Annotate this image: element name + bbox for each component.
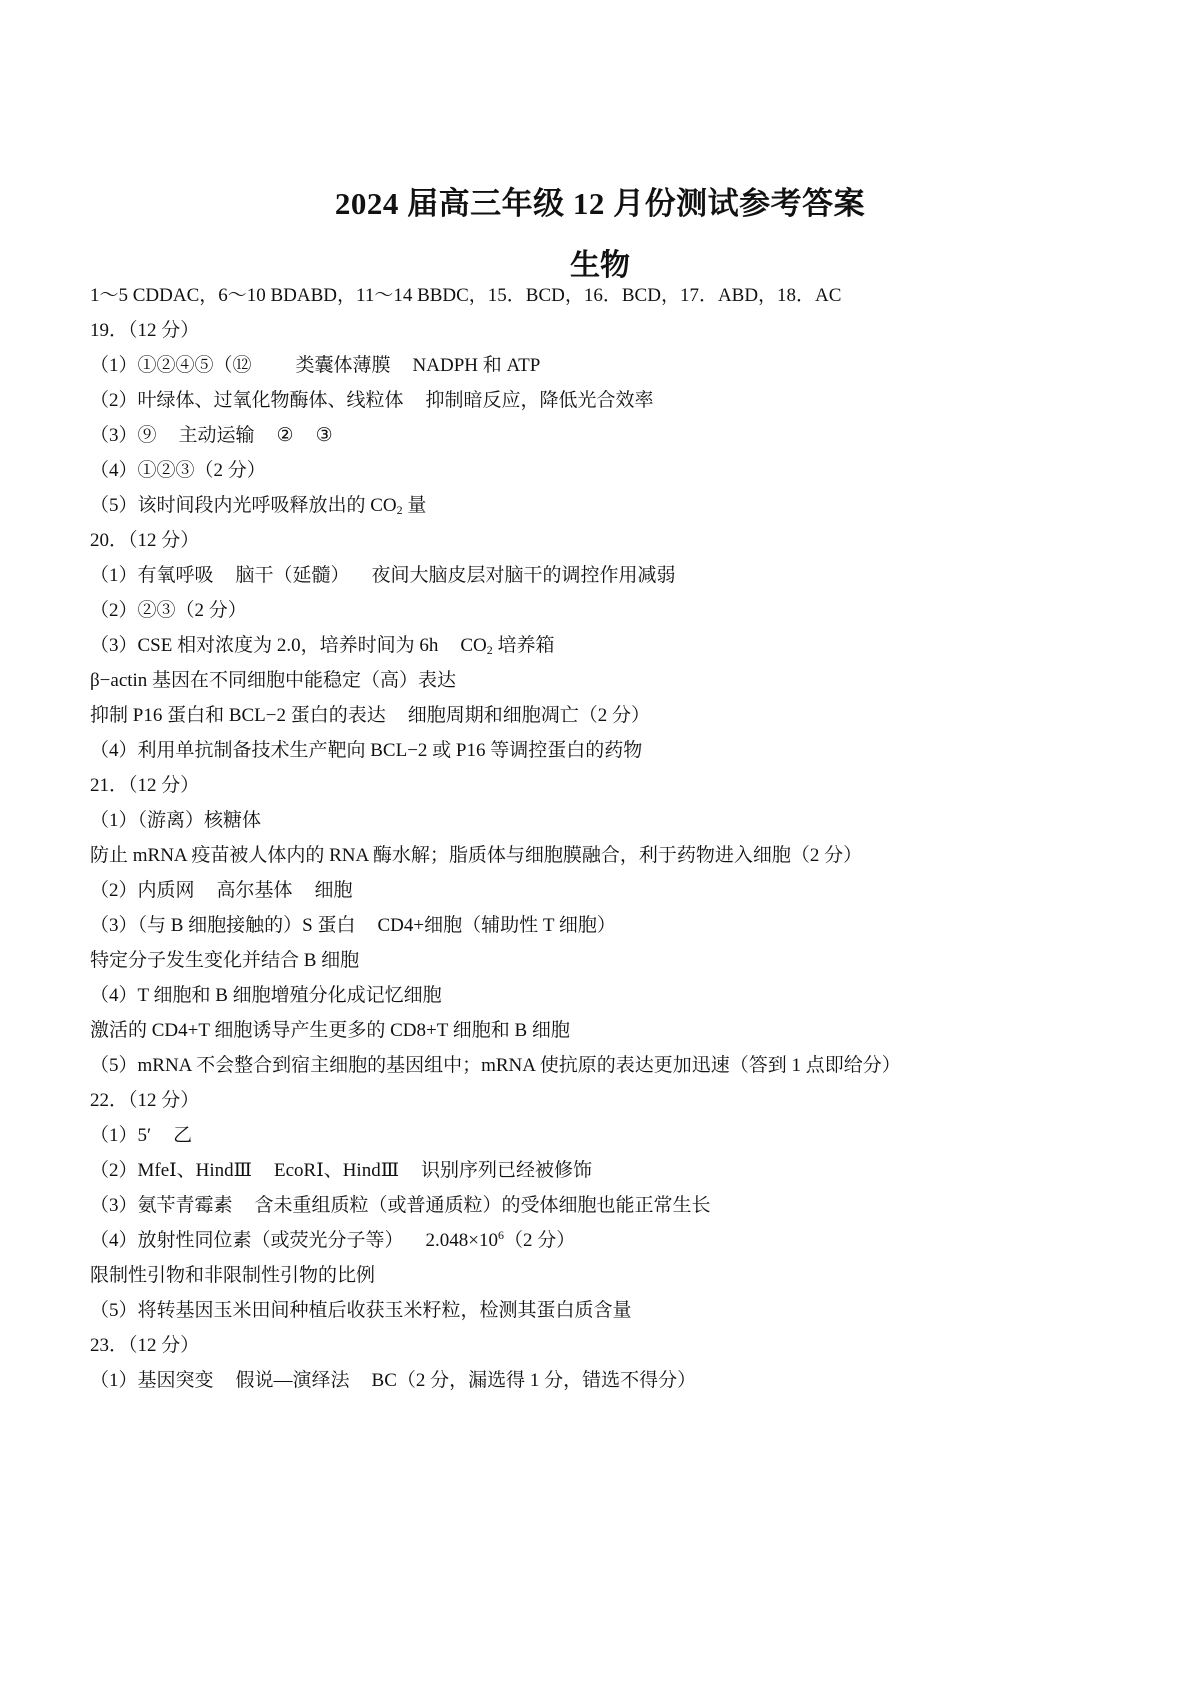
q22-answer-2: （2）MfeⅠ、HindⅢEcoRⅠ、HindⅢ识别序列已经被修饰 bbox=[90, 1153, 1110, 1188]
q20-answer-4: （4）利用单抗制备技术生产靶向 BCL−2 或 P16 等调控蛋白的药物 bbox=[90, 733, 1110, 768]
q20-answer-3: （3）CSE 相对浓度为 2.0，培养时间为 6hCO2 培养箱 bbox=[90, 628, 1110, 663]
q20-answer-1: （1）有氧呼吸脑干（延髓）夜间大脑皮层对脑干的调控作用减弱 bbox=[90, 558, 1110, 593]
q21-answer-2: （2）内质网高尔基体细胞 bbox=[90, 873, 1110, 908]
q20-heading: 20．（12 分） bbox=[90, 523, 1110, 558]
q21-heading: 21．（12 分） bbox=[90, 768, 1110, 803]
q22-answer-1: （1）5′乙 bbox=[90, 1118, 1110, 1153]
q22-answer-3: （3）氨苄青霉素含未重组质粒（或普通质粒）的受体细胞也能正常生长 bbox=[90, 1188, 1110, 1223]
q20-answer-3-line-3: 抑制 P16 蛋白和 BCL−2 蛋白的表达细胞周期和细胞凋亡（2 分） bbox=[90, 698, 1110, 733]
q22-heading: 22．（12 分） bbox=[90, 1083, 1110, 1118]
q21-answer-3: （3）（与 B 细胞接触的）S 蛋白CD4+细胞（辅助性 T 细胞） bbox=[90, 908, 1110, 943]
q21-answer-1-line-2: 防止 mRNA 疫苗被人体内的 RNA 酶水解；脂质体与细胞膜融合，利于药物进入… bbox=[90, 838, 1110, 873]
q21-answer-4: （4）T 细胞和 B 细胞增殖分化成记忆细胞 bbox=[90, 978, 1110, 1013]
q20-answer-3-line-2: β−actin 基因在不同细胞中能稳定（高）表达 bbox=[90, 663, 1110, 698]
q19-answer-1: （1）①②④⑤（⑫类囊体薄膜NADPH 和 ATP bbox=[90, 348, 1110, 383]
q19-answer-4: （4）①②③（2 分） bbox=[90, 453, 1110, 488]
q21-answer-4-line-2: 激活的 CD4+T 细胞诱导产生更多的 CD8+T 细胞和 B 细胞 bbox=[90, 1013, 1110, 1048]
multiple-choice-answers: 1～5 CDDAC，6～10 BDABD，11～14 BBDC，15．BCD，1… bbox=[90, 278, 1110, 313]
q21-answer-3-line-2: 特定分子发生变化并结合 B 细胞 bbox=[90, 943, 1110, 978]
answer-body: 1～5 CDDAC，6～10 BDABD，11～14 BBDC，15．BCD，1… bbox=[90, 278, 1110, 1398]
q22-answer-4-line-2: 限制性引物和非限制性引物的比例 bbox=[90, 1258, 1110, 1293]
q19-answer-3: （3）⑨主动运输②③ bbox=[90, 418, 1110, 453]
q19-heading: 19．（12 分） bbox=[90, 313, 1110, 348]
q19-answer-5: （5）该时间段内光呼吸释放出的 CO2 量 bbox=[90, 488, 1110, 523]
q23-answer-1: （1）基因突变假说—演绎法BC（2 分，漏选得 1 分，错选不得分） bbox=[90, 1363, 1110, 1398]
q22-answer-4: （4）放射性同位素（或荧光分子等）2.048×106（2 分） bbox=[90, 1223, 1110, 1258]
q19-answer-2: （2）叶绿体、过氧化物酶体、线粒体抑制暗反应，降低光合效率 bbox=[90, 383, 1110, 418]
q21-answer-1: （1）（游离）核糖体 bbox=[90, 803, 1110, 838]
answer-key-page: 2024 届高三年级 12 月份测试参考答案 生物 1～5 CDDAC，6～10… bbox=[0, 0, 1200, 1698]
document-title: 2024 届高三年级 12 月份测试参考答案 bbox=[0, 178, 1200, 223]
q22-answer-5: （5）将转基因玉米田间种植后收获玉米籽粒，检测其蛋白质含量 bbox=[90, 1293, 1110, 1328]
q23-heading: 23．（12 分） bbox=[90, 1328, 1110, 1363]
q21-answer-5: （5）mRNA 不会整合到宿主细胞的基因组中；mRNA 使抗原的表达更加迅速（答… bbox=[90, 1048, 1110, 1083]
q20-answer-2: （2）②③（2 分） bbox=[90, 593, 1110, 628]
